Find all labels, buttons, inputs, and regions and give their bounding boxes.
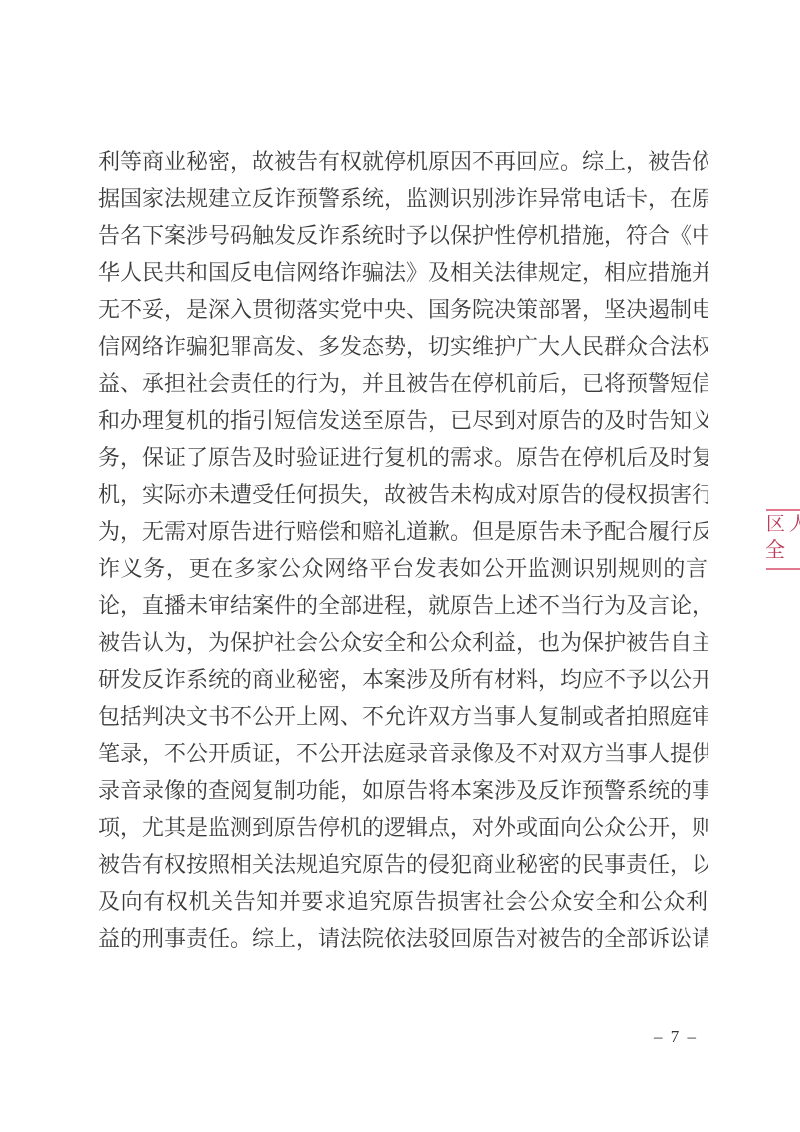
text-line: 益、承担社会责任的行为，并且被告在停机前后，已将预警短信 [98,365,708,402]
text-line: 被告认为，为保护社会公众安全和公众利益，也为保护被告自主 [98,624,708,661]
text-line: 华人民共和国反电信网络诈骗法》及相关法律规定，相应措施并 [98,254,708,291]
text-line: 录音录像的查阅复制功能，如原告将本案涉及反诈预警系统的事 [98,772,708,809]
text-line: 研发反诈系统的商业秘密，本案涉及所有材料，均应不予以公开， [98,661,708,698]
text-line: 告名下案涉号码触发反诈系统时予以保护性停机措施，符合《中 [98,217,708,254]
text-line: 利等商业秘密，故被告有权就停机原因不再回应。综上，被告依 [98,143,708,180]
text-line: 机，实际亦未遭受任何损失，故被告未构成对原告的侵权损害行 [98,476,708,513]
document-page: 利等商业秘密，故被告有权就停机原因不再回应。综上，被告依 据国家法规建立反诈预警… [0,0,800,1132]
text-line: 益的刑事责任。综上，请法院依法驳回原告对被告的全部诉讼请 [98,920,708,957]
text-line: 为，无需对原告进行赔偿和赔礼道歉。但是原告未予配合履行反 [98,513,708,550]
text-line: 项，尤其是监测到原告停机的逻辑点，对外或面向公众公开，则 [98,809,708,846]
text-line: 诈义务，更在多家公众网络平台发表如公开监测识别规则的言 [98,550,708,587]
text-line: 信网络诈骗犯罪高发、多发态势，切实维护广大人民群众合法权 [98,328,708,365]
body-text: 利等商业秘密，故被告有权就停机原因不再回应。综上，被告依 据国家法规建立反诈预警… [98,143,708,957]
text-line: 及向有权机关告知并要求追究原告损害社会公众安全和公众利 [98,883,708,920]
stamp-text-row2: 全 [766,538,800,562]
text-line: 无不妥，是深入贯彻落实党中央、国务院决策部署，坚决遏制电 [98,291,708,328]
stamp-text-row1: 区人 [766,514,800,535]
text-line: 包括判决文书不公开上网、不允许双方当事人复制或者拍照庭审 [98,698,708,735]
red-stamp-fragment: 区人 全 [766,509,800,570]
text-line: 被告有权按照相关法规追究原告的侵犯商业秘密的民事责任，以 [98,846,708,883]
text-line: 务，保证了原告及时验证进行复机的需求。原告在停机后及时复 [98,439,708,476]
page-number: – 7 – [636,1027,716,1047]
text-line: 论，直播未审结案件的全部进程，就原告上述不当行为及言论， [98,587,708,624]
text-line: 和办理复机的指引短信发送至原告，已尽到对原告的及时告知义 [98,402,708,439]
text-line: 笔录，不公开质证，不公开法庭录音录像及不对双方当事人提供 [98,735,708,772]
text-line: 据国家法规建立反诈预警系统，监测识别涉诈异常电话卡，在原 [98,180,708,217]
